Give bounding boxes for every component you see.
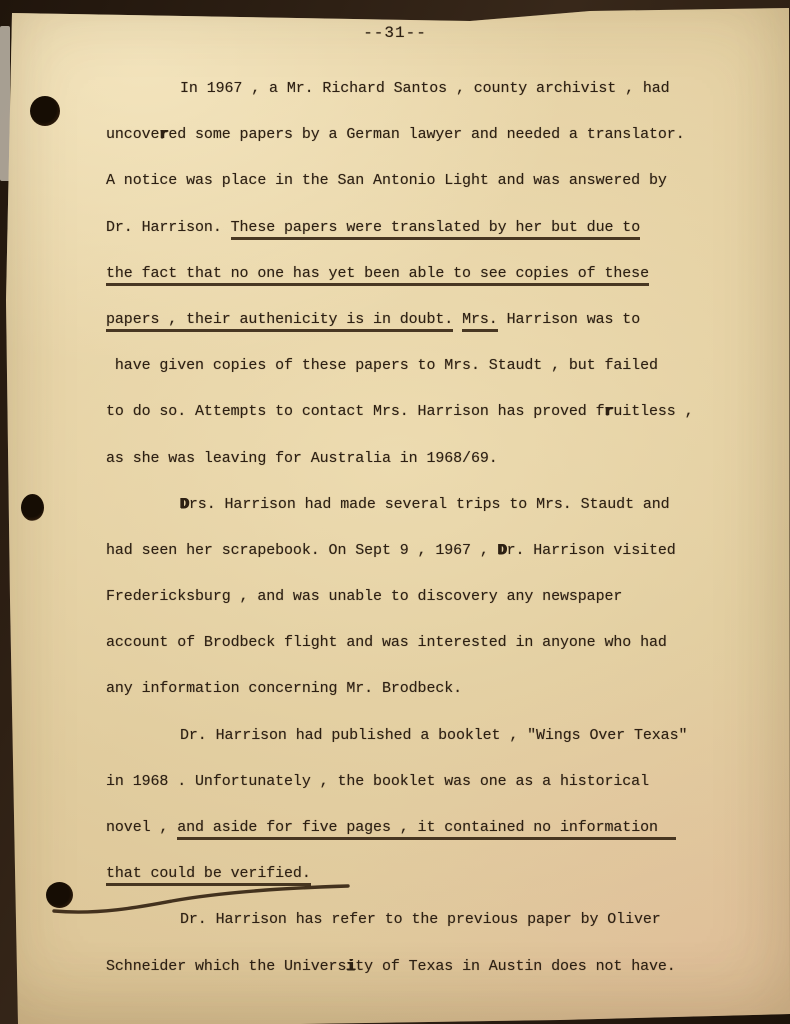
typed-line: as she was leaving for Australia in 1968… bbox=[106, 436, 710, 482]
typed-text bbox=[453, 311, 462, 328]
typed-text: uncove bbox=[106, 126, 159, 143]
typed-text: in 1968 . Unfortunately , the booklet wa… bbox=[106, 773, 649, 790]
typed-text: i bbox=[346, 958, 355, 975]
typed-text: A notice was place in the San Antonio Li… bbox=[106, 172, 667, 189]
typed-line: Schneider which the University of Texas … bbox=[106, 944, 710, 990]
typed-text: r. Harrison visited bbox=[507, 542, 676, 559]
typed-line: the fact that no one has yet been able t… bbox=[106, 251, 710, 297]
typed-text: D bbox=[180, 496, 189, 513]
typed-line: had seen her scrapebook. On Sept 9 , 196… bbox=[106, 528, 710, 574]
typed-text: ed some papers by a German lawyer and ne… bbox=[168, 126, 684, 143]
typed-text: uitless , bbox=[613, 403, 693, 420]
typed-line: Drs. Harrison had made several trips to … bbox=[106, 482, 710, 528]
typed-line: in 1968 . Unfortunately , the booklet wa… bbox=[106, 759, 710, 805]
hole-punch bbox=[30, 96, 60, 126]
typed-text: D bbox=[498, 542, 507, 559]
typed-text: Dr. Harrison has refer to the previous p… bbox=[180, 911, 661, 928]
scan-background: --31-- In 1967 , a Mr. Richard Santos , … bbox=[0, 0, 790, 1024]
typed-text: as she was leaving for Australia in 1968… bbox=[106, 450, 498, 467]
underlying-page-edge bbox=[0, 26, 10, 181]
typed-text-block: In 1967 , a Mr. Richard Santos , county … bbox=[0, 0, 790, 990]
typed-text: account of Brodbeck flight and was inter… bbox=[106, 634, 667, 651]
typed-text: Schneider which the Univers bbox=[106, 958, 346, 975]
typed-line: Fredericksburg , and was unable to disco… bbox=[106, 574, 710, 620]
typed-text: Dr. Harrison. bbox=[106, 219, 231, 236]
pen-underlined-text: Mrs. bbox=[462, 311, 498, 332]
typed-text: Fredericksburg , and was unable to disco… bbox=[106, 588, 622, 605]
typed-line: uncovered some papers by a German lawyer… bbox=[106, 112, 710, 158]
typed-text: Harrison was to bbox=[498, 311, 640, 328]
pen-underlined-text: the fact that no one has yet been able t… bbox=[106, 265, 649, 286]
typed-line: account of Brodbeck flight and was inter… bbox=[106, 620, 710, 666]
hole-punch bbox=[21, 494, 44, 521]
typed-text: novel , bbox=[106, 819, 177, 836]
typed-text: to do so. Attempts to contact Mrs. Harri… bbox=[106, 403, 604, 420]
pen-underlined-text: These papers were translated by her but … bbox=[231, 219, 640, 240]
typed-line: Dr. Harrison had published a booklet , "… bbox=[106, 713, 710, 759]
typed-text: In 1967 , a Mr. Richard Santos , county … bbox=[180, 80, 670, 97]
typed-line: any information concerning Mr. Brodbeck. bbox=[106, 666, 710, 712]
pen-underlined-text: that could be verified. bbox=[106, 865, 311, 886]
typed-line: that could be verified. bbox=[106, 851, 710, 897]
typed-line: Dr. Harrison has refer to the previous p… bbox=[106, 897, 710, 943]
typed-line: In 1967 , a Mr. Richard Santos , county … bbox=[106, 66, 710, 112]
typed-line: Dr. Harrison. These papers were translat… bbox=[106, 205, 710, 251]
hole-punch bbox=[46, 882, 73, 908]
typed-text: had seen her scrapebook. On Sept 9 , 196… bbox=[106, 542, 498, 559]
pen-underlined-text: and aside for five pages , it contained … bbox=[177, 819, 676, 840]
typed-text: have given copies of these papers to Mrs… bbox=[106, 357, 658, 374]
typed-text: Dr. Harrison had published a booklet , "… bbox=[180, 727, 687, 744]
typed-text: ty of Texas in Austin does not have. bbox=[355, 958, 675, 975]
typed-line: to do so. Attempts to contact Mrs. Harri… bbox=[106, 389, 710, 435]
typed-line: have given copies of these papers to Mrs… bbox=[106, 343, 710, 389]
typed-text: any information concerning Mr. Brodbeck. bbox=[106, 680, 462, 697]
typed-text: rs. Harrison had made several trips to M… bbox=[189, 496, 670, 513]
typed-line: novel , and aside for five pages , it co… bbox=[106, 805, 710, 851]
paper-sheet: --31-- In 1967 , a Mr. Richard Santos , … bbox=[0, 0, 790, 1024]
pen-underlined-text: papers , their authenicity is in doubt. bbox=[106, 311, 453, 332]
typed-line: A notice was place in the San Antonio Li… bbox=[106, 158, 710, 204]
typed-text: r bbox=[159, 126, 168, 143]
typed-line: papers , their authenicity is in doubt. … bbox=[106, 297, 710, 343]
